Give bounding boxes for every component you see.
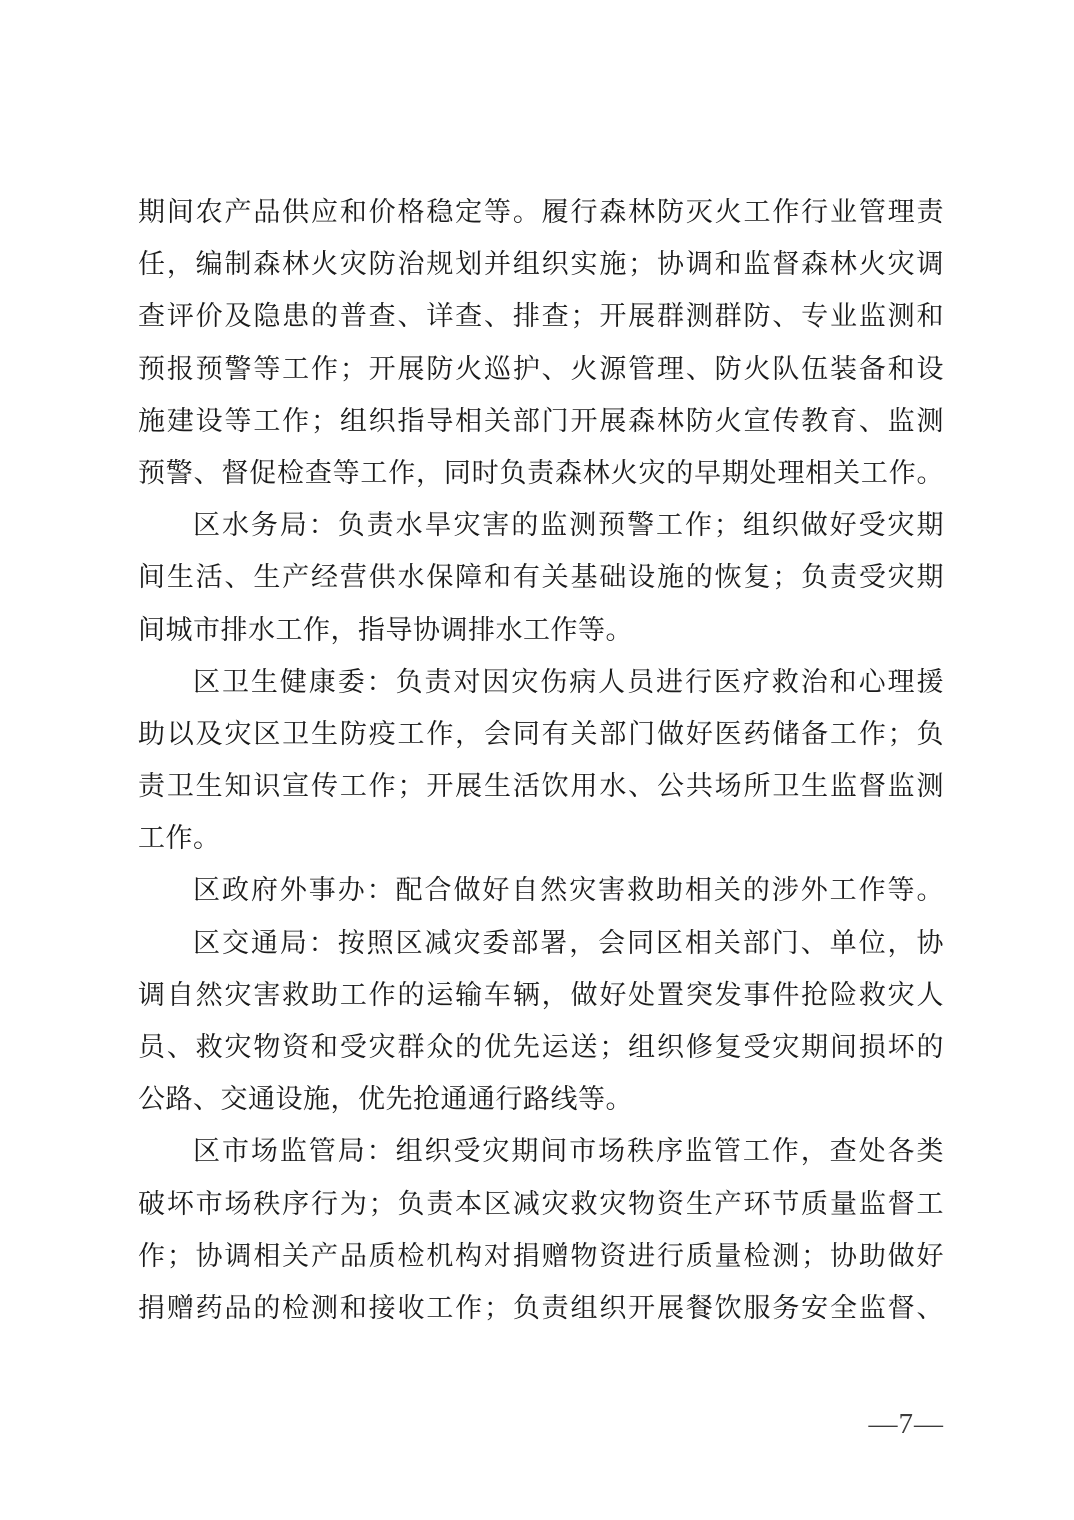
text-line: 破坏市场秩序行为；负责本区减灾救灾物资生产环节质量监督工 (138, 1178, 944, 1230)
text-line: 助以及灾区卫生防疫工作，会同有关部门做好医药储备工作；负 (138, 708, 944, 760)
text-line: 区水务局：负责水旱灾害的监测预警工作；组织做好受灾期 (138, 499, 944, 551)
text-line: 捐赠药品的检测和接收工作；负责组织开展餐饮服务安全监督、 (138, 1282, 944, 1334)
text-line: 作；协调相关产品质检机构对捐赠物资进行质量检测；协助做好 (138, 1230, 944, 1282)
text-line: 区交通局：按照区减灾委部署，会同区相关部门、单位，协 (138, 917, 944, 969)
text-line: 区卫生健康委：负责对因灾伤病人员进行医疗救治和心理援 (138, 656, 944, 708)
document-body-text: 期间农产品供应和价格稳定等。履行森林防灭火工作行业管理责任，编制森林火灾防治规划… (138, 186, 944, 1334)
text-line: 预警、督促检查等工作，同时负责森林火灾的早期处理相关工作。 (138, 447, 944, 499)
text-line: 期间农产品供应和价格稳定等。履行森林防灭火工作行业管理责 (138, 186, 944, 238)
text-line: 工作。 (138, 812, 944, 864)
text-line: 任，编制森林火灾防治规划并组织实施；协调和监督森林火灾调 (138, 238, 944, 290)
text-line: 施建设等工作；组织指导相关部门开展森林防火宣传教育、监测 (138, 395, 944, 447)
text-line: 公路、交通设施，优先抢通通行路线等。 (138, 1073, 944, 1125)
text-line: 查评价及隐患的普查、详查、排查；开展群测群防、专业监测和 (138, 290, 944, 342)
text-line: 间城市排水工作，指导协调排水工作等。 (138, 604, 944, 656)
document-page: 期间农产品供应和价格稳定等。履行森林防灭火工作行业管理责任，编制森林火灾防治规划… (0, 0, 1074, 1520)
text-line: 责卫生知识宣传工作；开展生活饮用水、公共场所卫生监督监测 (138, 760, 944, 812)
text-line: 员、救灾物资和受灾群众的优先运送；组织修复受灾期间损坏的 (138, 1021, 944, 1073)
text-line: 预报预警等工作；开展防火巡护、火源管理、防火队伍装备和设 (138, 343, 944, 395)
text-line: 区政府外事办：配合做好自然灾害救助相关的涉外工作等。 (138, 864, 944, 916)
page-number: —7— (869, 1404, 945, 1444)
text-line: 调自然灾害救助工作的运输车辆，做好处置突发事件抢险救灾人 (138, 969, 944, 1021)
text-line: 区市场监管局：组织受灾期间市场秩序监管工作，查处各类 (138, 1125, 944, 1177)
text-line: 间生活、生产经营供水保障和有关基础设施的恢复；负责受灾期 (138, 551, 944, 603)
